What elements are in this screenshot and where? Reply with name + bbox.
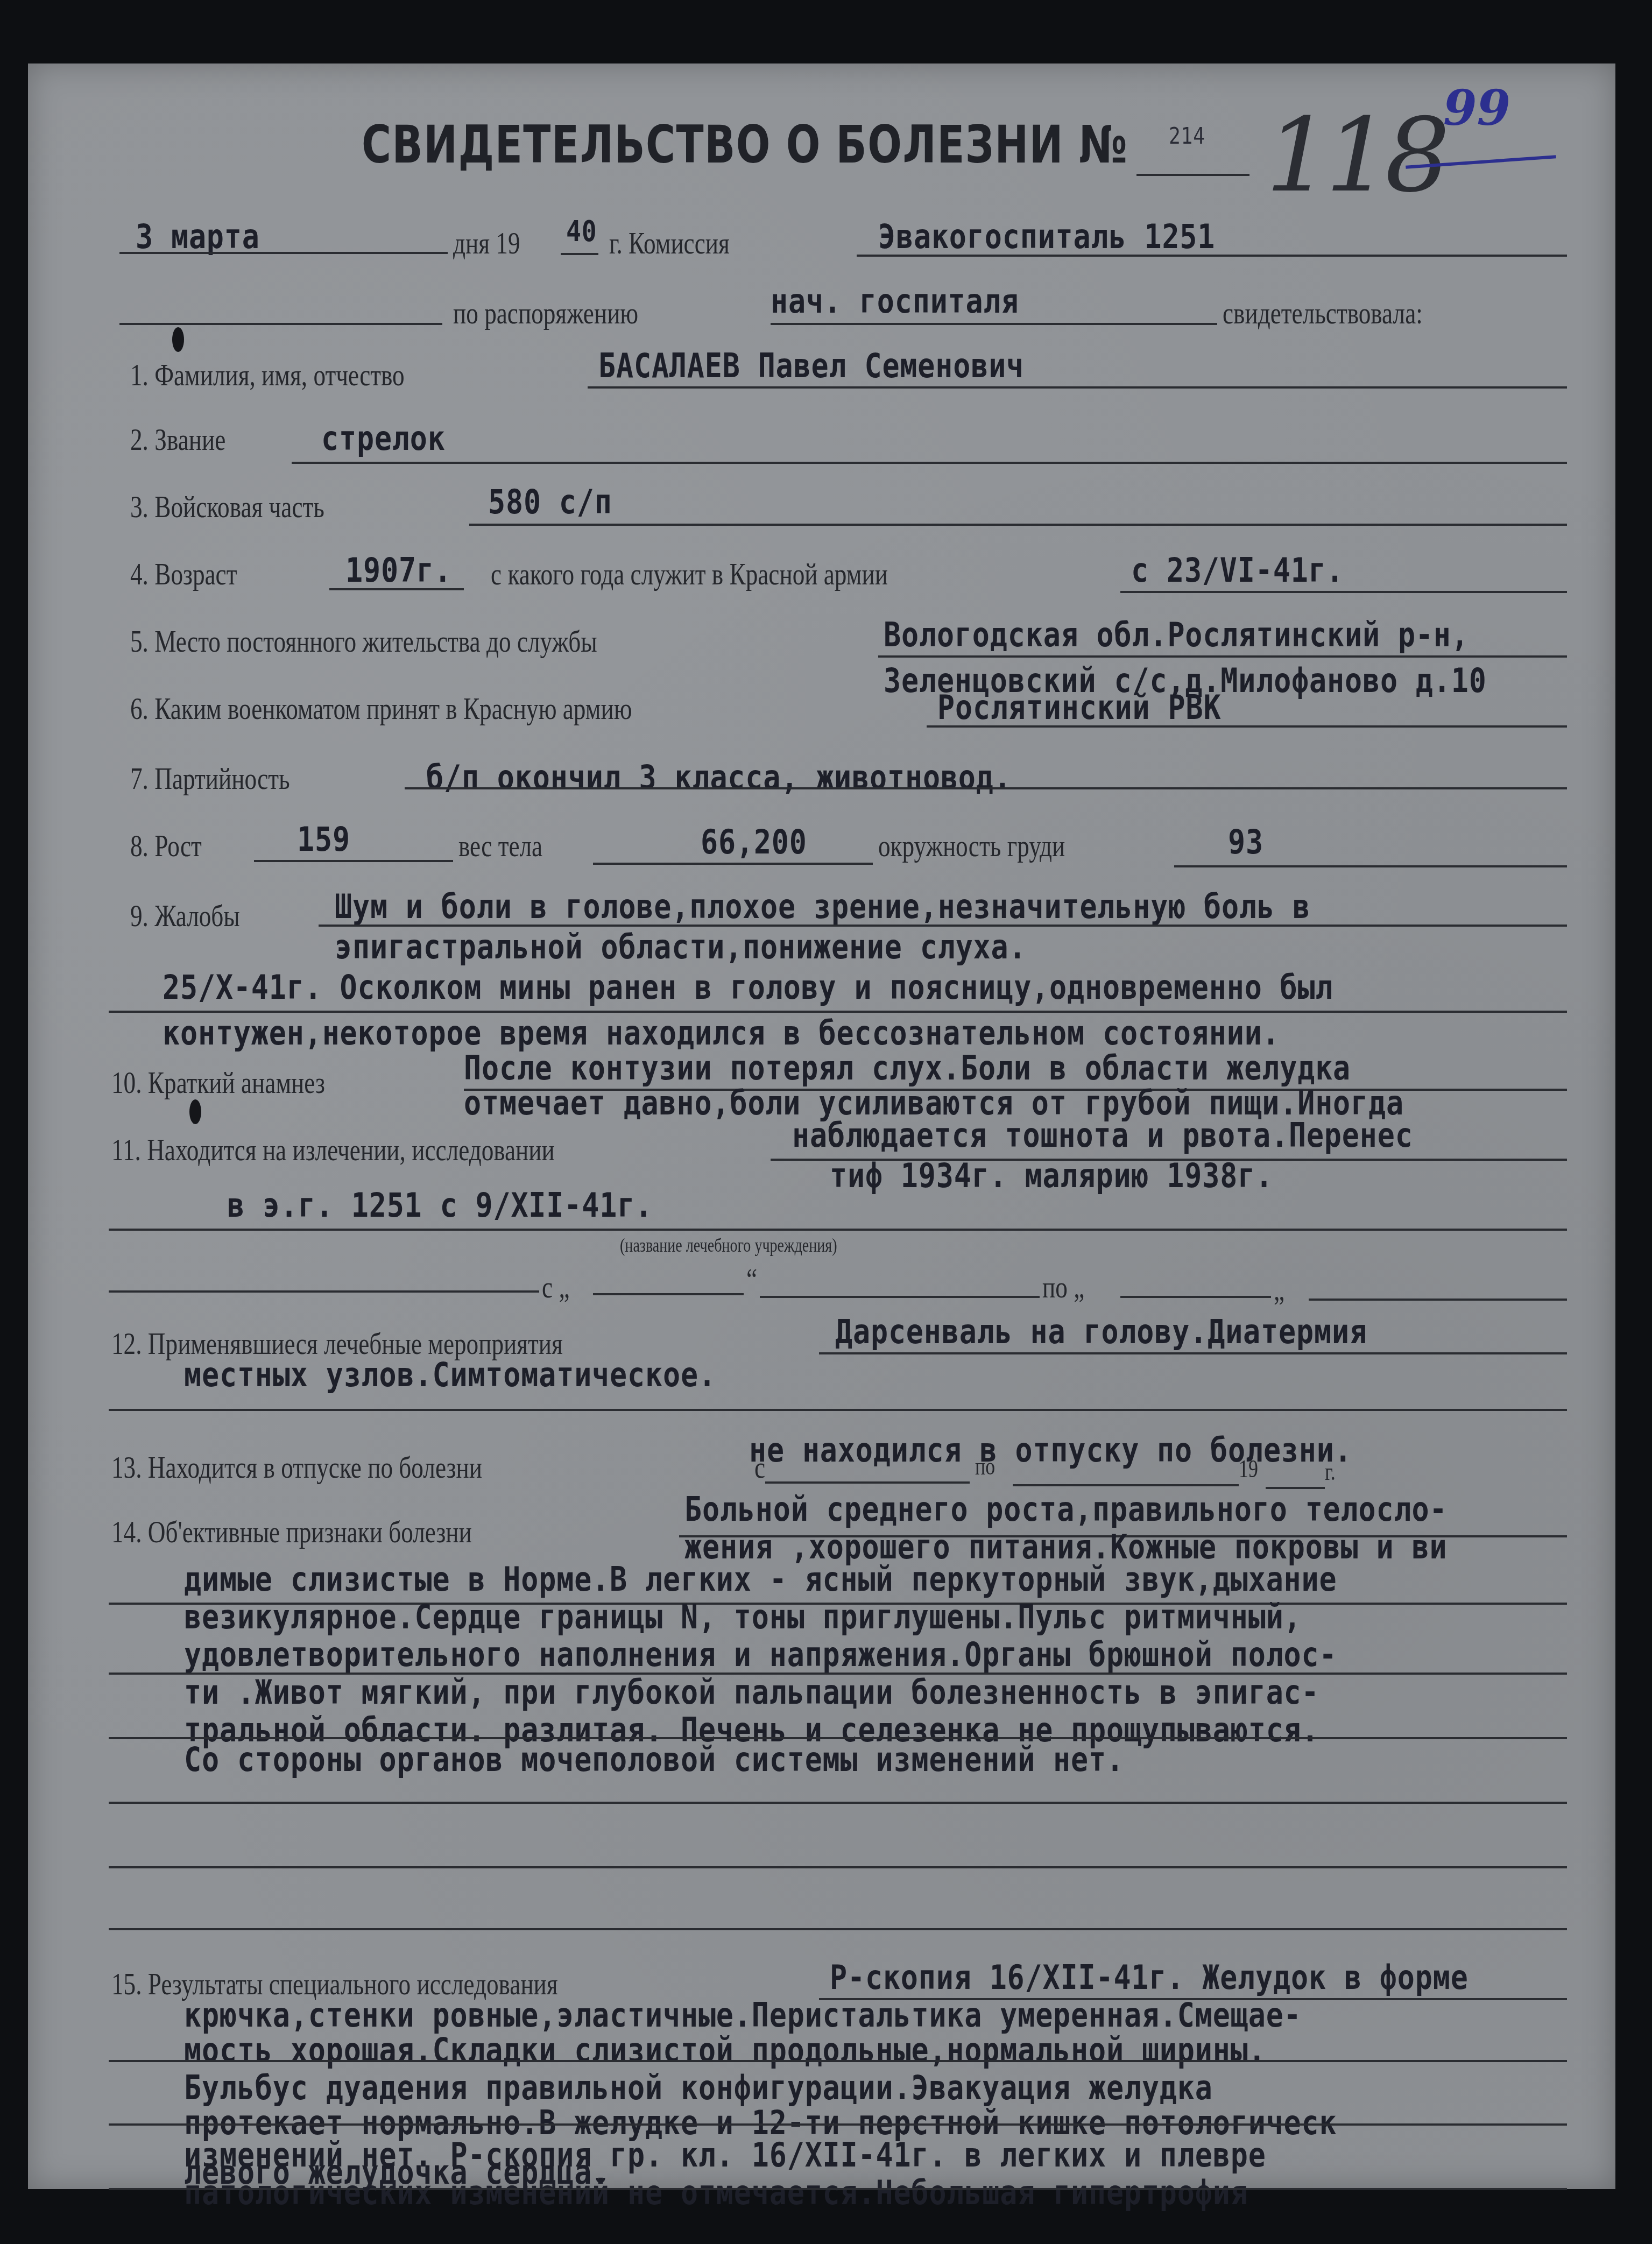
field-6-label: 6. Каким военкоматом принят в Красную ар…: [130, 690, 632, 726]
residence-value-line1: Вологодская обл.Рослятинский р-н,: [884, 615, 1469, 654]
complaints-underline: [319, 925, 1567, 927]
field-1-label: 1. Фамилия, имя, отчество: [130, 357, 405, 393]
date-label: дня 19: [453, 225, 520, 261]
field-2-label: 2. Звание: [130, 421, 225, 457]
rank-value: стрелок: [321, 419, 446, 458]
field-9-label: 9. Жалобы: [130, 898, 240, 934]
birth-year-underline: [329, 588, 464, 590]
special-exam-line-4: Бульбус дуадения правильной конфигурации…: [184, 2068, 1213, 2107]
special-underline-3: [109, 2123, 1567, 2126]
to-label: по „: [1042, 1269, 1084, 1305]
measures-underline-1: [819, 1352, 1567, 1354]
field-4-label: 4. Возраст: [130, 556, 237, 592]
chest-value: 93: [1228, 822, 1263, 862]
number-underline: [1136, 174, 1249, 176]
leave-year-underline: [1266, 1487, 1325, 1489]
document-title: СВИДЕТЕЛЬСТВО О БОЛЕЗНИ №: [362, 115, 1128, 175]
field-11-label: 11. Находится на излечении, исследовании: [111, 1132, 555, 1168]
blue-archive-mark: 99: [1443, 80, 1510, 137]
facility-from-underline: [109, 1290, 539, 1293]
from-label: с „: [542, 1269, 569, 1305]
party-underline: [405, 787, 1567, 789]
commission-underline: [857, 255, 1567, 257]
chest-label: окружность груди: [878, 828, 1065, 864]
objective-signs-line-5: удовлетворительного наполнения и напряже…: [184, 1635, 1337, 1674]
full-name-value: БАСАЛАЕВ Павел Семенович: [598, 346, 1024, 385]
field-14-label: 14. Об'ективные признаки болезни: [111, 1514, 472, 1550]
chest-underline: [1174, 865, 1567, 867]
party-value: б/п окончил 3 класса, животновод.: [426, 758, 1012, 797]
special-exam-line-3: мость хорошая.Складки слизистой продольн…: [184, 2030, 1266, 2070]
field-3-label: 3. Войсковая часть: [130, 489, 324, 525]
blank-underline-1: [109, 1802, 1567, 1804]
anamnesis-underline-1: [109, 1011, 1567, 1013]
leave-to-label: по: [975, 1452, 995, 1480]
blank-underline-2: [109, 1866, 1567, 1868]
anamnesis-line-1: 25/X-41г. Осколком мины ранен в голову и…: [163, 968, 1333, 1007]
objective-signs-line-6: ти .Живот мягкий, при глубокой пальпации…: [184, 1673, 1319, 1712]
commission-label: г. Комиссия: [609, 225, 730, 261]
unit-value: 580 с/п: [488, 482, 612, 521]
weight-underline: [593, 863, 873, 865]
field-13-label: 13. Находится в отпуске по болезни: [111, 1449, 482, 1485]
leave-year-label: 19: [1239, 1455, 1258, 1483]
to-day-underline: [1120, 1296, 1271, 1298]
weight-label: вес тела: [458, 828, 542, 864]
service-since-label: с какого года служит в Красной армии: [491, 556, 888, 592]
complaints-line-1: Шум и боли в голове,плохое зрение,незнач…: [335, 887, 1310, 926]
leave-from-underline: [765, 1481, 970, 1484]
from-day-underline: [593, 1293, 744, 1295]
anamnesis-line-3: После контузии потерял слух.Боли в облас…: [464, 1048, 1351, 1088]
objective-signs-line-3: димые слизистые в Норме.В легких - ясный…: [184, 1559, 1337, 1599]
treatment-measures-line-1: Дарсенваль на голову.Диатермия: [835, 1312, 1367, 1351]
weight-value: 66,200: [701, 822, 807, 862]
rank-underline: [292, 462, 1567, 464]
birth-year-value: 1907г.: [345, 551, 452, 590]
objective-signs-line-1: Больной среднего роста,правильного телос…: [684, 1490, 1447, 1529]
order-label: по распоряжению: [453, 295, 638, 331]
special-exam-line-2: крючка,стенки ровные,эластичные.Перистал…: [184, 1995, 1302, 2035]
height-value: 159: [297, 820, 350, 859]
name-underline: [588, 386, 1567, 389]
order-value: нач. госпиталя: [771, 281, 1019, 321]
commission-value: Эвакогоспиталь 1251: [878, 217, 1215, 256]
to-month-underline: [1309, 1299, 1567, 1301]
sick-leave-value: не находился в отпуску по болезни.: [749, 1430, 1352, 1470]
service-underline: [1120, 591, 1567, 593]
punch-hole: [172, 327, 184, 352]
certified-label: свидетельствовала:: [1223, 295, 1423, 331]
service-since-value: с 23/VI-41г.: [1131, 551, 1344, 590]
facility-caption: (название лечебного учреждения): [620, 1234, 837, 1257]
blank-underline-3: [109, 1928, 1567, 1930]
to-quote: „: [1274, 1272, 1284, 1308]
objective-signs-line-8: Со стороны органов мочеполовой системы и…: [184, 1740, 1124, 1779]
treatment-measures-line-2: местных узлов.Симтоматическое.: [184, 1355, 716, 1394]
special-exam-line-8: левого желудочка сердца.: [184, 2153, 610, 2192]
complaints-line-2: эпигастральной области,понижение слуха.: [335, 927, 1026, 966]
year-underline: [561, 253, 598, 255]
special-exam-line-1: Р-скопия 16/XII-41г. Желудок в форме: [830, 1958, 1469, 1997]
enlistment-office-value: Рослятинский РВК: [937, 688, 1221, 727]
year-value: 40: [566, 214, 597, 248]
treatment-underline-1: [771, 1159, 1567, 1161]
anamnesis-line-5: наблюдается тошнота и рвота.Перенес: [792, 1116, 1413, 1155]
treatment-facility-value: в э.г. 1251 с 9/XII-41г.: [227, 1185, 653, 1225]
field-5-label: 5. Место постоянного жительства до служб…: [130, 623, 597, 659]
objective-signs-line-4: везикулярное.Сердце границы N, тоны приг…: [184, 1597, 1302, 1636]
typed-certificate-number: 214: [1169, 123, 1205, 149]
anamnesis-line-6: тиф 1934г. малярию 1938г.: [830, 1156, 1273, 1195]
leave-to-underline: [1013, 1484, 1239, 1486]
field-7-label: 7. Партийность: [130, 760, 290, 796]
special-underline-2: [109, 2060, 1567, 2062]
punch-hole: [189, 1099, 201, 1124]
document-page: СВИДЕТЕЛЬСТВО О БОЛЕЗНИ № 214 118 99 3 м…: [28, 63, 1615, 2189]
anamnesis-line-2: контужен,некоторое время находился в бес…: [163, 1013, 1280, 1053]
order-underline: [771, 323, 1217, 325]
from-month-underline: [760, 1296, 1040, 1298]
height-underline: [254, 860, 453, 862]
date-value: 3 марта: [136, 217, 260, 256]
enlistment-underline: [927, 725, 1567, 728]
residence-underline: [878, 655, 1567, 658]
unit-underline: [469, 524, 1567, 526]
treatment-underline-2: [109, 1229, 1567, 1231]
objective-underline-4: [109, 1737, 1567, 1739]
from-quote: “: [746, 1261, 757, 1297]
handwritten-number: 118: [1266, 96, 1445, 215]
date-underline: [119, 252, 448, 254]
leave-year-suffix: г.: [1325, 1457, 1336, 1486]
field-10-label: 10. Краткий анамнез: [111, 1064, 325, 1100]
order-prefix-underline: [119, 323, 442, 325]
field-8-label: 8. Рост: [130, 828, 202, 864]
measures-underline-2: [109, 1409, 1567, 1411]
